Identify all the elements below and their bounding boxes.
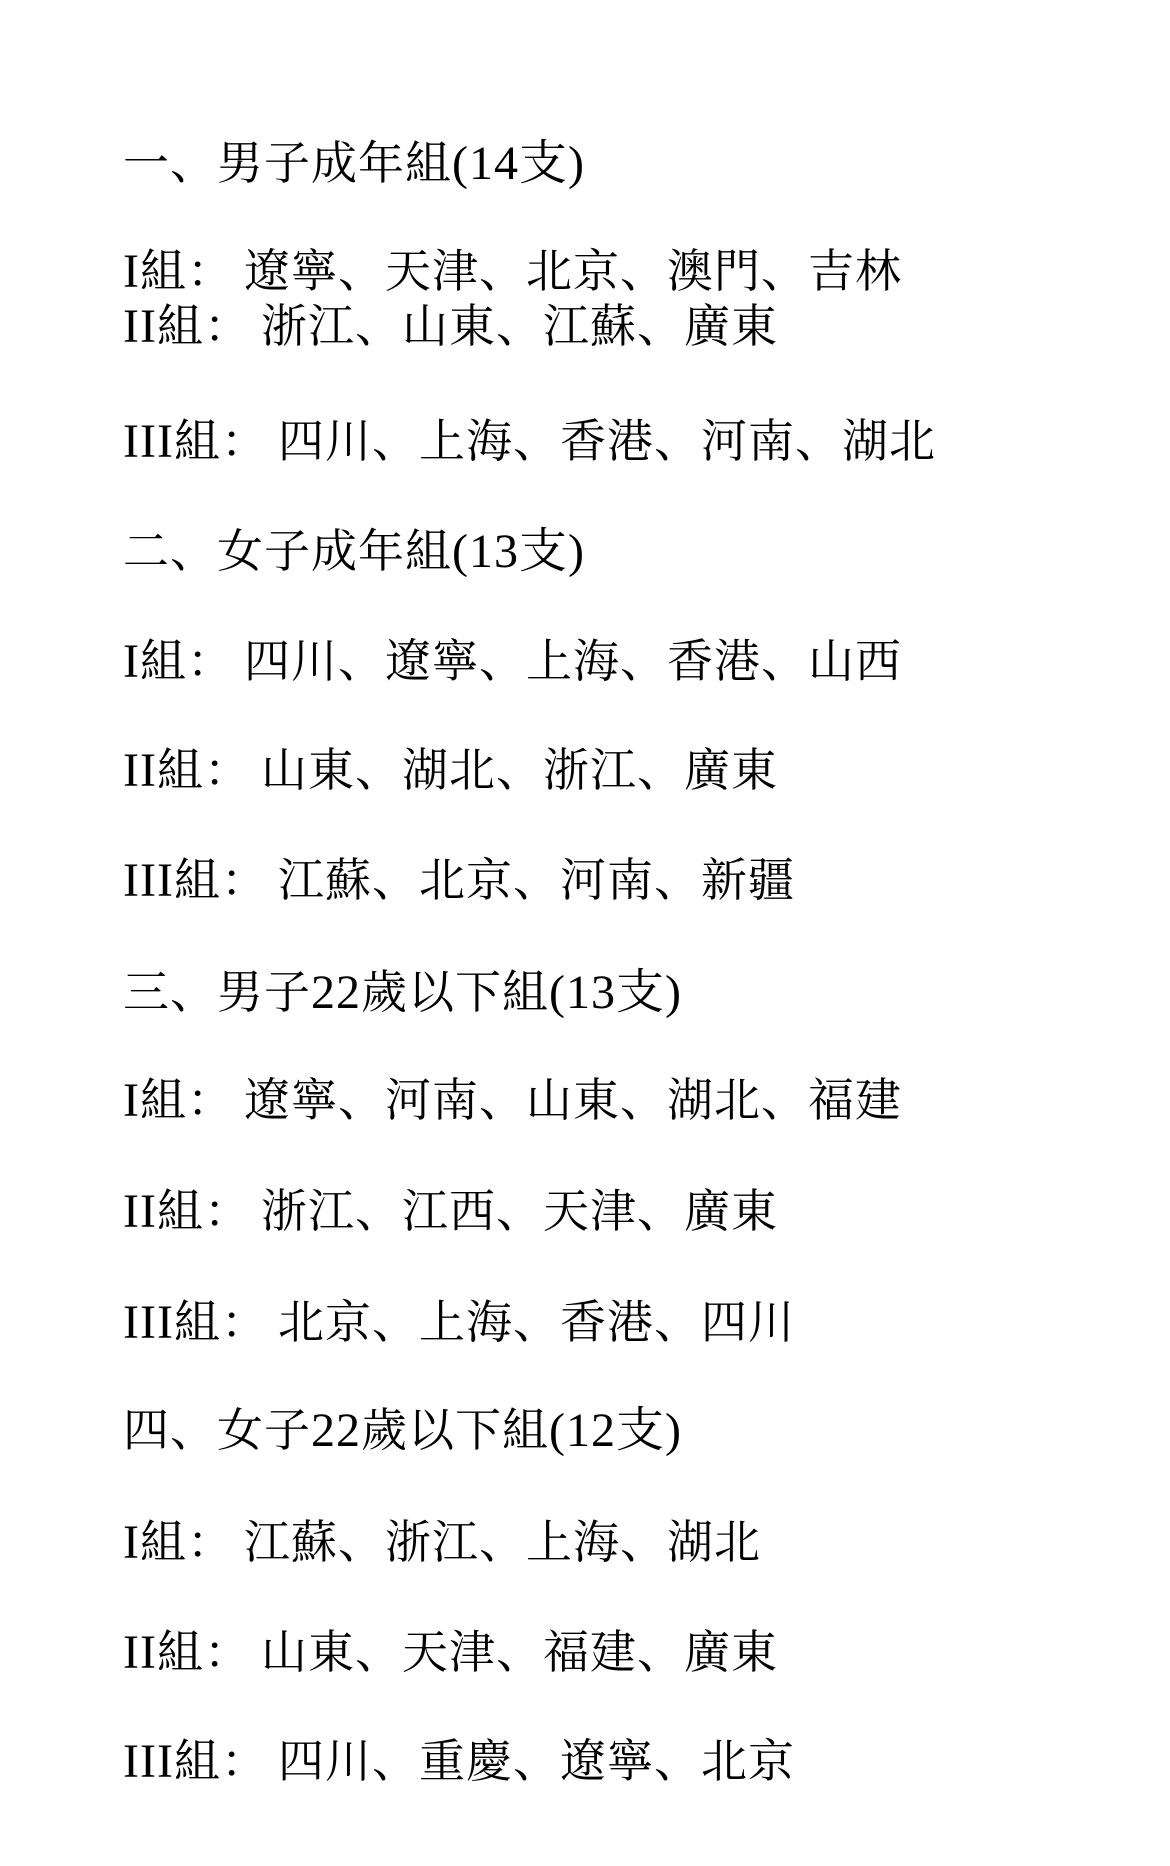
group-label: 組：	[174, 853, 268, 907]
team-list: 遼寧、天津、北京、澳門、吉林	[244, 244, 902, 298]
team-list: 四川、上海、香港、河南、湖北	[278, 414, 936, 468]
group-label: 組：	[174, 1295, 268, 1349]
group-label: 組：	[157, 743, 251, 797]
team-count: (13支)	[549, 966, 682, 1019]
group-row: I組：江蘇、浙江、上海、湖北	[123, 1514, 761, 1571]
heading-suffix: 歲以下組	[361, 965, 549, 1019]
age-limit: 22	[311, 966, 361, 1019]
team-count: (14支)	[452, 137, 585, 190]
heading-text: 三、男子	[123, 965, 311, 1019]
group-row: I組：遼寧、天津、北京、澳門、吉林	[123, 243, 902, 300]
group-numeral: III	[123, 854, 174, 907]
team-list: 浙江、山東、江蘇、廣東	[261, 299, 778, 353]
group-label: 組：	[157, 1184, 251, 1238]
team-list: 江蘇、北京、河南、新疆	[278, 853, 795, 907]
team-list: 浙江、江西、天津、廣東	[261, 1184, 778, 1238]
group-numeral: I	[123, 1074, 140, 1127]
group-numeral: II	[123, 1626, 157, 1679]
team-list: 山東、天津、福建、廣東	[261, 1625, 778, 1679]
section-heading-men-u22: 三、男子22歲以下組(13支)	[123, 964, 682, 1021]
heading-suffix: 歲以下組	[361, 1403, 549, 1457]
group-row: II組：浙江、山東、江蘇、廣東	[123, 298, 778, 355]
group-numeral: III	[123, 1296, 174, 1349]
group-row: III組：北京、上海、香港、四川	[123, 1294, 795, 1351]
group-numeral: II	[123, 300, 157, 353]
group-numeral: I	[123, 635, 140, 688]
group-row: III組：四川、上海、香港、河南、湖北	[123, 413, 936, 470]
team-list: 四川、遼寧、上海、香港、山西	[244, 634, 902, 688]
group-numeral: I	[123, 1516, 140, 1569]
heading-text: 一、男子成年組	[123, 136, 452, 190]
group-row: II組：山東、湖北、浙江、廣東	[123, 742, 778, 799]
group-numeral: III	[123, 415, 174, 468]
group-row: I組：四川、遼寧、上海、香港、山西	[123, 633, 902, 690]
section-heading-women-u22: 四、女子22歲以下組(12支)	[123, 1402, 682, 1459]
group-label: 組：	[174, 414, 268, 468]
group-label: 組：	[140, 634, 234, 688]
group-label: 組：	[140, 244, 234, 298]
group-row: III組：江蘇、北京、河南、新疆	[123, 852, 795, 909]
team-list: 山東、湖北、浙江、廣東	[261, 743, 778, 797]
section-heading-men-senior: 一、男子成年組(14支)	[123, 135, 585, 192]
group-label: 組：	[174, 1734, 268, 1788]
section-heading-women-senior: 二、女子成年組(13支)	[123, 523, 585, 580]
group-row: II組：山東、天津、福建、廣東	[123, 1624, 778, 1681]
age-limit: 22	[311, 1404, 361, 1457]
team-count: (12支)	[549, 1404, 682, 1457]
group-label: 組：	[140, 1515, 234, 1569]
team-list: 遼寧、河南、山東、湖北、福建	[244, 1073, 902, 1127]
group-row: III組：四川、重慶、遼寧、北京	[123, 1733, 795, 1790]
heading-text: 四、女子	[123, 1403, 311, 1457]
group-numeral: II	[123, 744, 157, 797]
team-list: 江蘇、浙江、上海、湖北	[244, 1515, 761, 1569]
group-numeral: III	[123, 1735, 174, 1788]
group-label: 組：	[157, 299, 251, 353]
team-list: 北京、上海、香港、四川	[278, 1295, 795, 1349]
group-row: II組：浙江、江西、天津、廣東	[123, 1183, 778, 1240]
group-row: I組：遼寧、河南、山東、湖北、福建	[123, 1072, 902, 1129]
group-label: 組：	[140, 1073, 234, 1127]
group-numeral: II	[123, 1185, 157, 1238]
heading-text: 二、女子成年組	[123, 524, 452, 578]
group-numeral: I	[123, 245, 140, 298]
team-count: (13支)	[452, 525, 585, 578]
group-label: 組：	[157, 1625, 251, 1679]
team-list: 四川、重慶、遼寧、北京	[278, 1734, 795, 1788]
